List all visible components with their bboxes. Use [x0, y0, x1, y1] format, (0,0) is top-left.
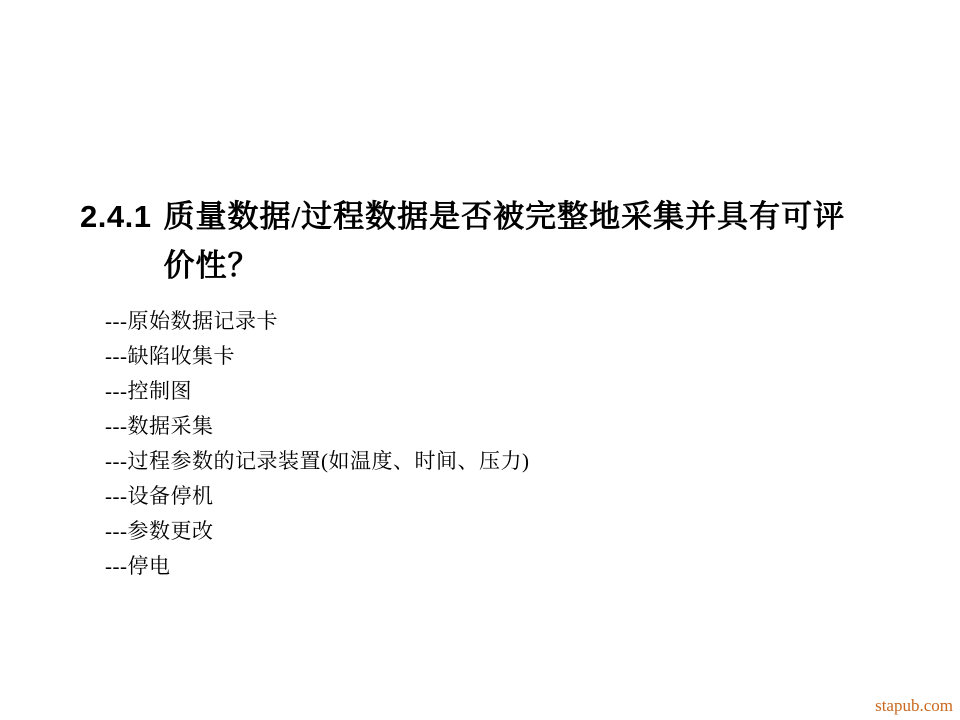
list-item: ---过程参数的记录装置(如温度、时间、压力) [105, 444, 529, 479]
presentation-slide: 2.4.1 质量数据/过程数据是否被完整地采集并具有可评 价性？ ---原始数据… [0, 0, 960, 720]
list-item: ---数据采集 [105, 409, 529, 444]
slide-title-number: 2.4.1 [80, 192, 151, 241]
list-item: ---缺陷收集卡 [105, 339, 529, 374]
watermark: stapub.com [875, 696, 953, 716]
list-item: ---设备停机 [105, 479, 529, 514]
slide-title: 2.4.1 质量数据/过程数据是否被完整地采集并具有可评 价性？ [80, 192, 823, 290]
list-item: ---控制图 [105, 374, 529, 409]
list-item: ---原始数据记录卡 [105, 304, 529, 339]
bullet-list: ---原始数据记录卡 ---缺陷收集卡 ---控制图 ---数据采集 ---过程… [105, 304, 529, 584]
slide-title-text: 质量数据/过程数据是否被完整地采集并具有可评 价性？ [163, 192, 823, 290]
list-item: ---参数更改 [105, 514, 529, 549]
list-item: ---停电 [105, 549, 529, 584]
slide-title-line2: 价性？ [163, 241, 823, 290]
slide-title-line1: 质量数据/过程数据是否被完整地采集并具有可评 [163, 192, 823, 241]
